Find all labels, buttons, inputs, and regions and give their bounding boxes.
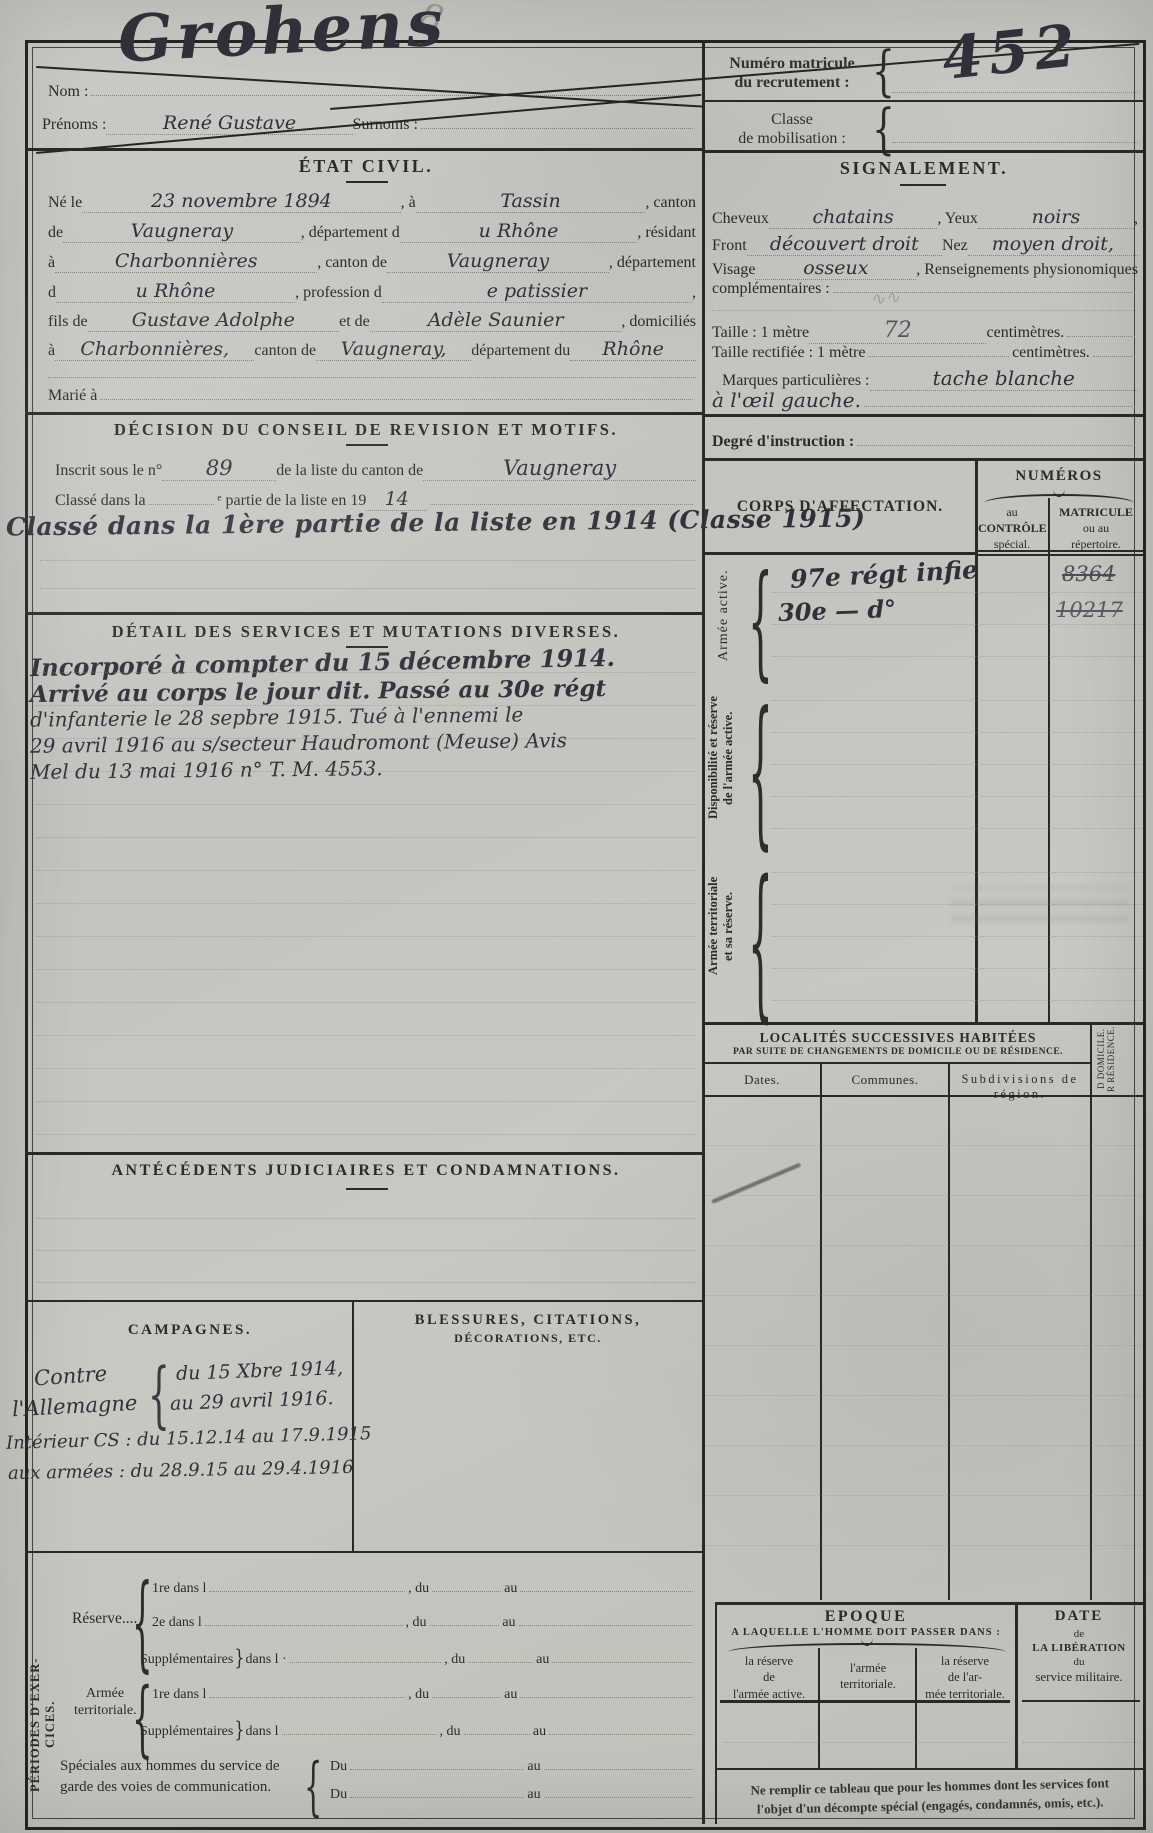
nom-label: Nom : [48,83,88,101]
classe-label: Classe de mobilisation : [712,110,872,148]
label: , canton [645,194,696,212]
epoque-header-underline [720,1700,1010,1703]
blessures-title-1: BLESSURES, CITATIONS, [362,1312,694,1329]
services-line: Mel du 13 mai 1916 n° T. M. 4553. [30,756,383,784]
periode-row: Du au [330,1784,696,1803]
localites-title-2: PAR SUITE DE CHANGEMENTS DE DOMICILE OU … [706,1047,1090,1057]
dotted-rule [706,1545,1142,1546]
reserve-label: Réserve.... [72,1610,137,1628]
label: dans l · [246,1652,287,1668]
dotted-rule [706,1295,1142,1296]
dotted-rule [36,1068,696,1069]
corps-row-1: 97e régt infie [789,555,978,594]
corps-row-2: 30e — d° [778,594,897,627]
label: ᵉ partie de la liste en 19 [217,492,366,510]
field: Adèle Saunier [370,309,622,332]
label: au [527,1787,540,1803]
label: , résidant [637,224,696,242]
line: la réserve [722,1653,816,1669]
periode-row: Du au [330,1756,696,1775]
line: de l'ar- [918,1669,1012,1685]
label: et de [339,313,370,331]
etat-line-6: à Charbonnières, canton de Vaugneray, dé… [48,338,696,361]
field: Vaugneray [387,250,609,273]
dotted-rule [772,968,1142,969]
title-underline [900,184,946,186]
campagnes-hw-interieur: Intérieur CS : du 15.12.14 au 17.9.1915 [6,1423,372,1454]
dotted-rule [48,377,696,378]
campagnes-hw-allemagne: l'Allemagne [11,1391,137,1422]
dotted-rule [772,764,1142,765]
line: CONTRÔLE [978,520,1046,536]
line: Disponibilité et réserve [706,688,721,828]
cheveux-row: Cheveux chatains , Yeux noirs , [712,206,1138,229]
field-rule [1093,343,1135,357]
periodes-side-label: PÉRIODES D'EXER- CICES. [28,1632,58,1817]
epoque-left-border [715,1602,717,1824]
dotted-rule [712,310,1138,311]
dotted-rule [706,1495,1142,1496]
services-line: 29 avril 1916 au s/secteur Haudromont (M… [30,728,567,758]
field: u Rhône [400,220,638,243]
military-register-sheet: 8 Nom : Grohens Prénoms : René Gustave S… [0,0,1153,1833]
periode-row: 2e dans l , du au [152,1612,696,1631]
field: découvert droit [747,233,942,256]
territoriale-label-2: territoriale. [74,1703,137,1719]
field-rule [864,393,1135,407]
field-rule [868,343,1009,357]
line: du [1018,1655,1140,1669]
table-vline [1048,498,1050,1022]
dotted-rule [40,588,696,589]
groupe-brace [748,558,773,682]
field: Tassin [416,190,646,213]
line: de l'armée active. [721,688,736,828]
dotted-rule [772,656,1142,657]
main-column-divider [702,40,705,1824]
dotted-rule [36,969,696,970]
controle-subheader: au CONTRÔLE spécial. [978,504,1046,553]
marie-row: Marié à [48,386,696,405]
dotted-rule [706,1345,1142,1346]
field: Charbonnières, [55,338,254,361]
corps-header-underline [705,552,975,555]
dotted-rule [36,1250,696,1251]
epoque-vline [818,1648,820,1768]
line: la réserve [918,1653,1012,1669]
dotted-rule [36,738,696,739]
etat-line-1: Né le 23 novembre 1894 , à Tassin , cant… [48,190,696,213]
label: centimètres. [986,324,1064,342]
dotted-rule [36,771,696,772]
dotted-rule [36,1002,696,1003]
field: u Rhône [56,280,295,303]
label: fils de [48,313,88,331]
label: , à [401,194,416,212]
dotted-rule [772,1000,1142,1001]
dotted-rule [36,1134,696,1135]
table-top-rule [702,458,1143,461]
epoque-col-2: l'armée territoriale. [822,1660,914,1693]
dotted-rule [706,1245,1142,1246]
dotted-rule [36,672,696,673]
numeros-header: NUMÉROS [978,468,1140,485]
epoque-col-3: la réserve de l'ar- mée territoriale. [918,1653,1012,1702]
matricule-divider [702,100,1143,102]
line: et sa réserve. [721,856,736,996]
matricule-field-rule [892,92,1138,93]
pencil-smudge: ∿∿ [869,286,901,310]
services-title: DÉTAIL DES SERVICES ET MUTATIONS DIVERSE… [30,622,702,642]
localites-title-1: LOCALITÉS SUCCESSIVES HABITÉES [706,1030,1090,1046]
side-line: D DOMICILE. [1096,1024,1106,1094]
antecedents-title: ANTÉCÉDENTS JUDICIAIRES ET CONDAMNATIONS… [30,1162,702,1180]
label: , du [444,1652,465,1668]
prenoms-label: Prénoms : [42,116,106,134]
epoque-vline [915,1648,917,1768]
label: , profession d [295,284,382,302]
col-header-dates: Dates. [706,1072,818,1088]
dotted-rule [36,837,696,838]
dotted-rule [706,1145,1142,1146]
epoque-date-col: DATE de LA LIBÉRATION du service militai… [1018,1607,1140,1686]
degre-row: Degré d'instruction : [712,432,1138,451]
marie-field-rule [100,386,693,400]
label: au [527,1759,540,1775]
matricule-label-line2: du recrutement : [712,73,872,92]
field-rule [149,491,215,505]
label: Taille : 1 mètre [712,324,809,342]
degre-label: Degré d'instruction : [712,433,854,451]
field: 72 [809,318,986,344]
label: dans l [246,1724,279,1740]
field: chatains [769,206,938,229]
matricule-num-2: 10217 [1056,598,1123,622]
dotted-rule [36,903,696,904]
surnoms-field-rule [421,115,693,129]
label: Supplémentaires [140,1652,233,1668]
campagnes-title: CAMPAGNES. [40,1322,340,1339]
groupe-territoriale: Armée territoriale et sa réserve. [706,856,736,996]
dotted-rule [36,1218,696,1219]
blessures-title-2: DÉCORATIONS, ETC. [362,1331,694,1346]
field: osseux [755,257,916,280]
field: 89 [162,456,276,481]
front-row: Front découvert droit Nez moyen droit, [712,233,1138,256]
field-rule [1067,323,1135,337]
dotted-rule [772,732,1142,733]
speciales-brace [304,1754,322,1818]
speciales-label-1: Spéciales aux hommes du service de [60,1758,280,1775]
periode-row: 1re dans l , du au [152,1578,696,1597]
label: Taille rectifiée : 1 mètre [712,344,865,362]
label: , du [408,1687,429,1703]
header-bottom-rule-right [702,150,1143,153]
field-handwriting: à l'œil gauche. [712,388,861,412]
periodes-side-line1: PÉRIODES D'EXER- [28,1632,43,1817]
epoque-body-bottom [715,1768,1143,1770]
localites-header-bottom [702,1095,1143,1097]
campagnes-hw-armees: aux armées : du 28.9.15 au 29.4.1916 [8,1457,354,1484]
field: Vaugneray [423,456,696,481]
dotted-rule [706,1395,1142,1396]
col-header-communes: Communes. [824,1072,946,1088]
periodes-side-line2: CICES. [43,1632,58,1817]
label: Né le [48,194,82,212]
dotted-rule [706,1195,1142,1196]
field: moyen droit, [968,233,1138,256]
matricule-value: 452 [939,11,1084,93]
dotted-rule [36,1282,696,1283]
prenoms-field: René Gustave [106,112,352,135]
label: au [502,1615,515,1631]
dotted-rule [1022,1742,1140,1743]
dotted-rule [36,1101,696,1102]
inscrit-row: Inscrit sous le n° 89 de la liste du can… [55,456,696,481]
side-line: R RÉSIDENCE. [1106,1024,1116,1094]
nom-value: Grohens [116,0,448,78]
epoque-title: EPOQUE [718,1608,1014,1626]
line: au [978,504,1046,520]
groupe-armee-active: Armée active. [716,560,732,670]
label: , domiciliés [621,313,696,331]
etat-civil-title: ÉTAT CIVIL. [30,156,702,177]
visage-row: Visage osseux , Renseignements physionom… [712,257,1138,280]
field: 23 novembre 1894 [82,190,400,213]
dotted-rule [36,936,696,937]
campagnes-brace [148,1358,170,1430]
box-top-rule [25,1300,705,1302]
pencil-stroke [711,1163,801,1204]
taille-row: Taille : 1 mètre 72 centimètres. [712,318,1138,344]
faint-stamp [950,886,1130,922]
speciales-label-2: garde des voies de communication. [60,1779,271,1796]
field-rule [430,491,693,505]
field: Gustave Adolphe [88,309,340,332]
title-underline [346,1188,388,1190]
dotted-rule [36,804,696,805]
epoque-subtitle: A LAQUELLE L'HOMME DOIT PASSER DANS : [718,1627,1014,1638]
label: au [504,1687,517,1703]
label: au [504,1581,517,1597]
label: , département [609,254,696,272]
label: Cheveux [712,210,769,228]
classe-label-line1: Classe [712,110,872,129]
matricule-subheader: MATRICULE ou au répertoire. [1052,504,1140,553]
line: LA LIBÉRATION [1018,1641,1140,1655]
corps-header: CORPS D'AFFECTATION. [710,498,970,516]
line: Armée territoriale [706,856,721,996]
matricule-num-1: 8364 [1062,562,1115,586]
label: , Renseignements physionomiques [916,261,1138,279]
line: service militaire. [1018,1669,1140,1686]
line: ou au [1052,520,1140,536]
etat-line-3: à Charbonnières , canton de Vaugneray , … [48,250,696,273]
table-vline [1090,1022,1092,1600]
services-line: d'infanterie le 28 sepbre 1915. Tué à l'… [30,702,523,731]
epoque-top-rule [715,1602,1143,1605]
nom-row: Nom : [48,82,696,101]
section-divider [702,414,1143,417]
dotted-rule [36,1035,696,1036]
complementaires-row: complémentaires : [712,279,1138,298]
campagnes-hw-date-2: au 29 avril 1916. [170,1387,334,1415]
groupe-disponibilite: Disponibilité et réserve de l'armée acti… [706,688,736,828]
label: département du [471,342,570,360]
dotted-rule [772,592,1142,593]
line: DATE [1018,1607,1140,1627]
periode-row: Supplémentaires dans l · , du au [140,1648,696,1668]
epoque-vline [1015,1602,1018,1768]
label: Supplémentaires [140,1724,233,1740]
field: noirs [978,206,1134,229]
label: Visage [712,261,755,279]
label: , département d [301,224,400,242]
field: Vaugneray [63,220,301,243]
dotted-rule [40,560,696,561]
box-bottom-rule [25,1551,705,1553]
title-underline [346,444,388,446]
marques-row-2: à l'œil gauche. [712,388,1138,412]
decision-title: DÉCISION DU CONSEIL DE REVISION ET MOTIF… [30,420,702,440]
groupe-brace [748,858,773,1024]
domicile-residence-side: D DOMICILE. R RÉSIDENCE. [1096,1024,1116,1094]
label: Classé dans la [55,492,146,510]
localites-header-rule [702,1062,1092,1064]
header-bottom-rule-left [25,148,705,151]
etat-line-5: fils de Gustave Adolphe et de Adèle Saun… [48,309,696,332]
label: complémentaires : [712,280,830,298]
section-divider [25,1152,705,1155]
field-rule [857,432,1135,446]
territoriale-label-1: Armée [86,1686,124,1702]
label: Inscrit sous le n° [55,462,162,480]
field: e patissier [382,280,692,303]
etat-line-2: de Vaugneray , département d u Rhône , r… [48,220,696,243]
label: , [1134,210,1138,228]
table-vline [948,1062,950,1600]
numeros-header-underline [978,550,1143,552]
dotted-rule [706,1445,1142,1446]
epoque-note: Ne remplir ce tableau que pour les homme… [724,1774,1137,1820]
label: , du [406,1615,427,1631]
field: Charbonnières [55,250,317,273]
dotted-rule [772,700,1142,701]
label: , du [408,1581,429,1597]
title-underline [346,181,388,183]
dotted-rule [772,796,1142,797]
label: , du [440,1724,461,1740]
label: au [536,1652,549,1668]
line: l'armée [822,1660,914,1676]
classe-label-line2: de mobilisation : [712,129,872,148]
numeros-overbrace [984,494,1134,503]
label: à [48,342,55,360]
dotted-rule [36,705,696,706]
dotted-rule [724,1742,1010,1743]
line: territoriale. [822,1676,914,1692]
label: Nez [942,237,968,255]
numeros-header-underline [978,554,1143,556]
label: 1re dans l [152,1581,206,1597]
section-divider [25,412,705,415]
label: 1re dans l [152,1687,206,1703]
label: , [692,284,696,302]
etat-line-4: d u Rhône , profession d e patissier , [48,280,696,303]
field: Vaugneray, [316,338,471,361]
label: d [48,284,56,302]
label: canton de [254,342,316,360]
label: Du [330,1759,347,1775]
epoque-col-1: la réserve de l'armée active. [722,1653,816,1702]
label: de [48,224,63,242]
campagnes-hw-date-1: du 15 Xbre 1914, [176,1357,344,1385]
line: MATRICULE [1052,504,1140,520]
periode-row: Supplémentaires dans l , du au [140,1720,696,1740]
classe-field-rule [892,142,1138,143]
epoque-date-underline [1022,1700,1140,1702]
line: de [722,1669,816,1685]
signalement-title: SIGNALEMENT. [705,158,1143,179]
label: de la liste du canton de [276,462,423,480]
col-header-subdivisions: Subdivisions de région. [952,1072,1088,1102]
label: 2e dans l [152,1615,202,1631]
taille-rectifiee-row: Taille rectifiée : 1 mètre centimètres. [712,343,1138,362]
label: centimètres. [1012,344,1090,362]
matricule-label-line1: Numéro matricule [712,54,872,73]
label: Du [330,1787,347,1803]
dotted-rule [772,828,1142,829]
inline-brace [234,1717,244,1743]
matricule-label: Numéro matricule du recrutement : [712,54,872,92]
label: au [533,1724,546,1740]
dotted-rule [772,936,1142,937]
campagnes-hw-contre: Contre [33,1361,108,1390]
line: de [1018,1627,1140,1641]
label: à [48,254,55,272]
marie-label: Marié à [48,387,97,405]
periode-row: 1re dans l , du au [152,1684,696,1703]
label: , canton de [317,254,387,272]
dotted-rule [772,624,1142,625]
section-divider [25,612,705,615]
dotted-rule [772,872,1142,873]
epoque-overbrace [728,1643,1006,1652]
label: , Yeux [937,210,977,228]
inline-brace [234,1645,244,1671]
dotted-rule [36,870,696,871]
table-vline [820,1062,822,1600]
table-top-rule [702,1022,1143,1025]
groupe-brace [748,690,773,851]
field: Rhône [570,338,696,361]
label: Front [712,237,747,255]
